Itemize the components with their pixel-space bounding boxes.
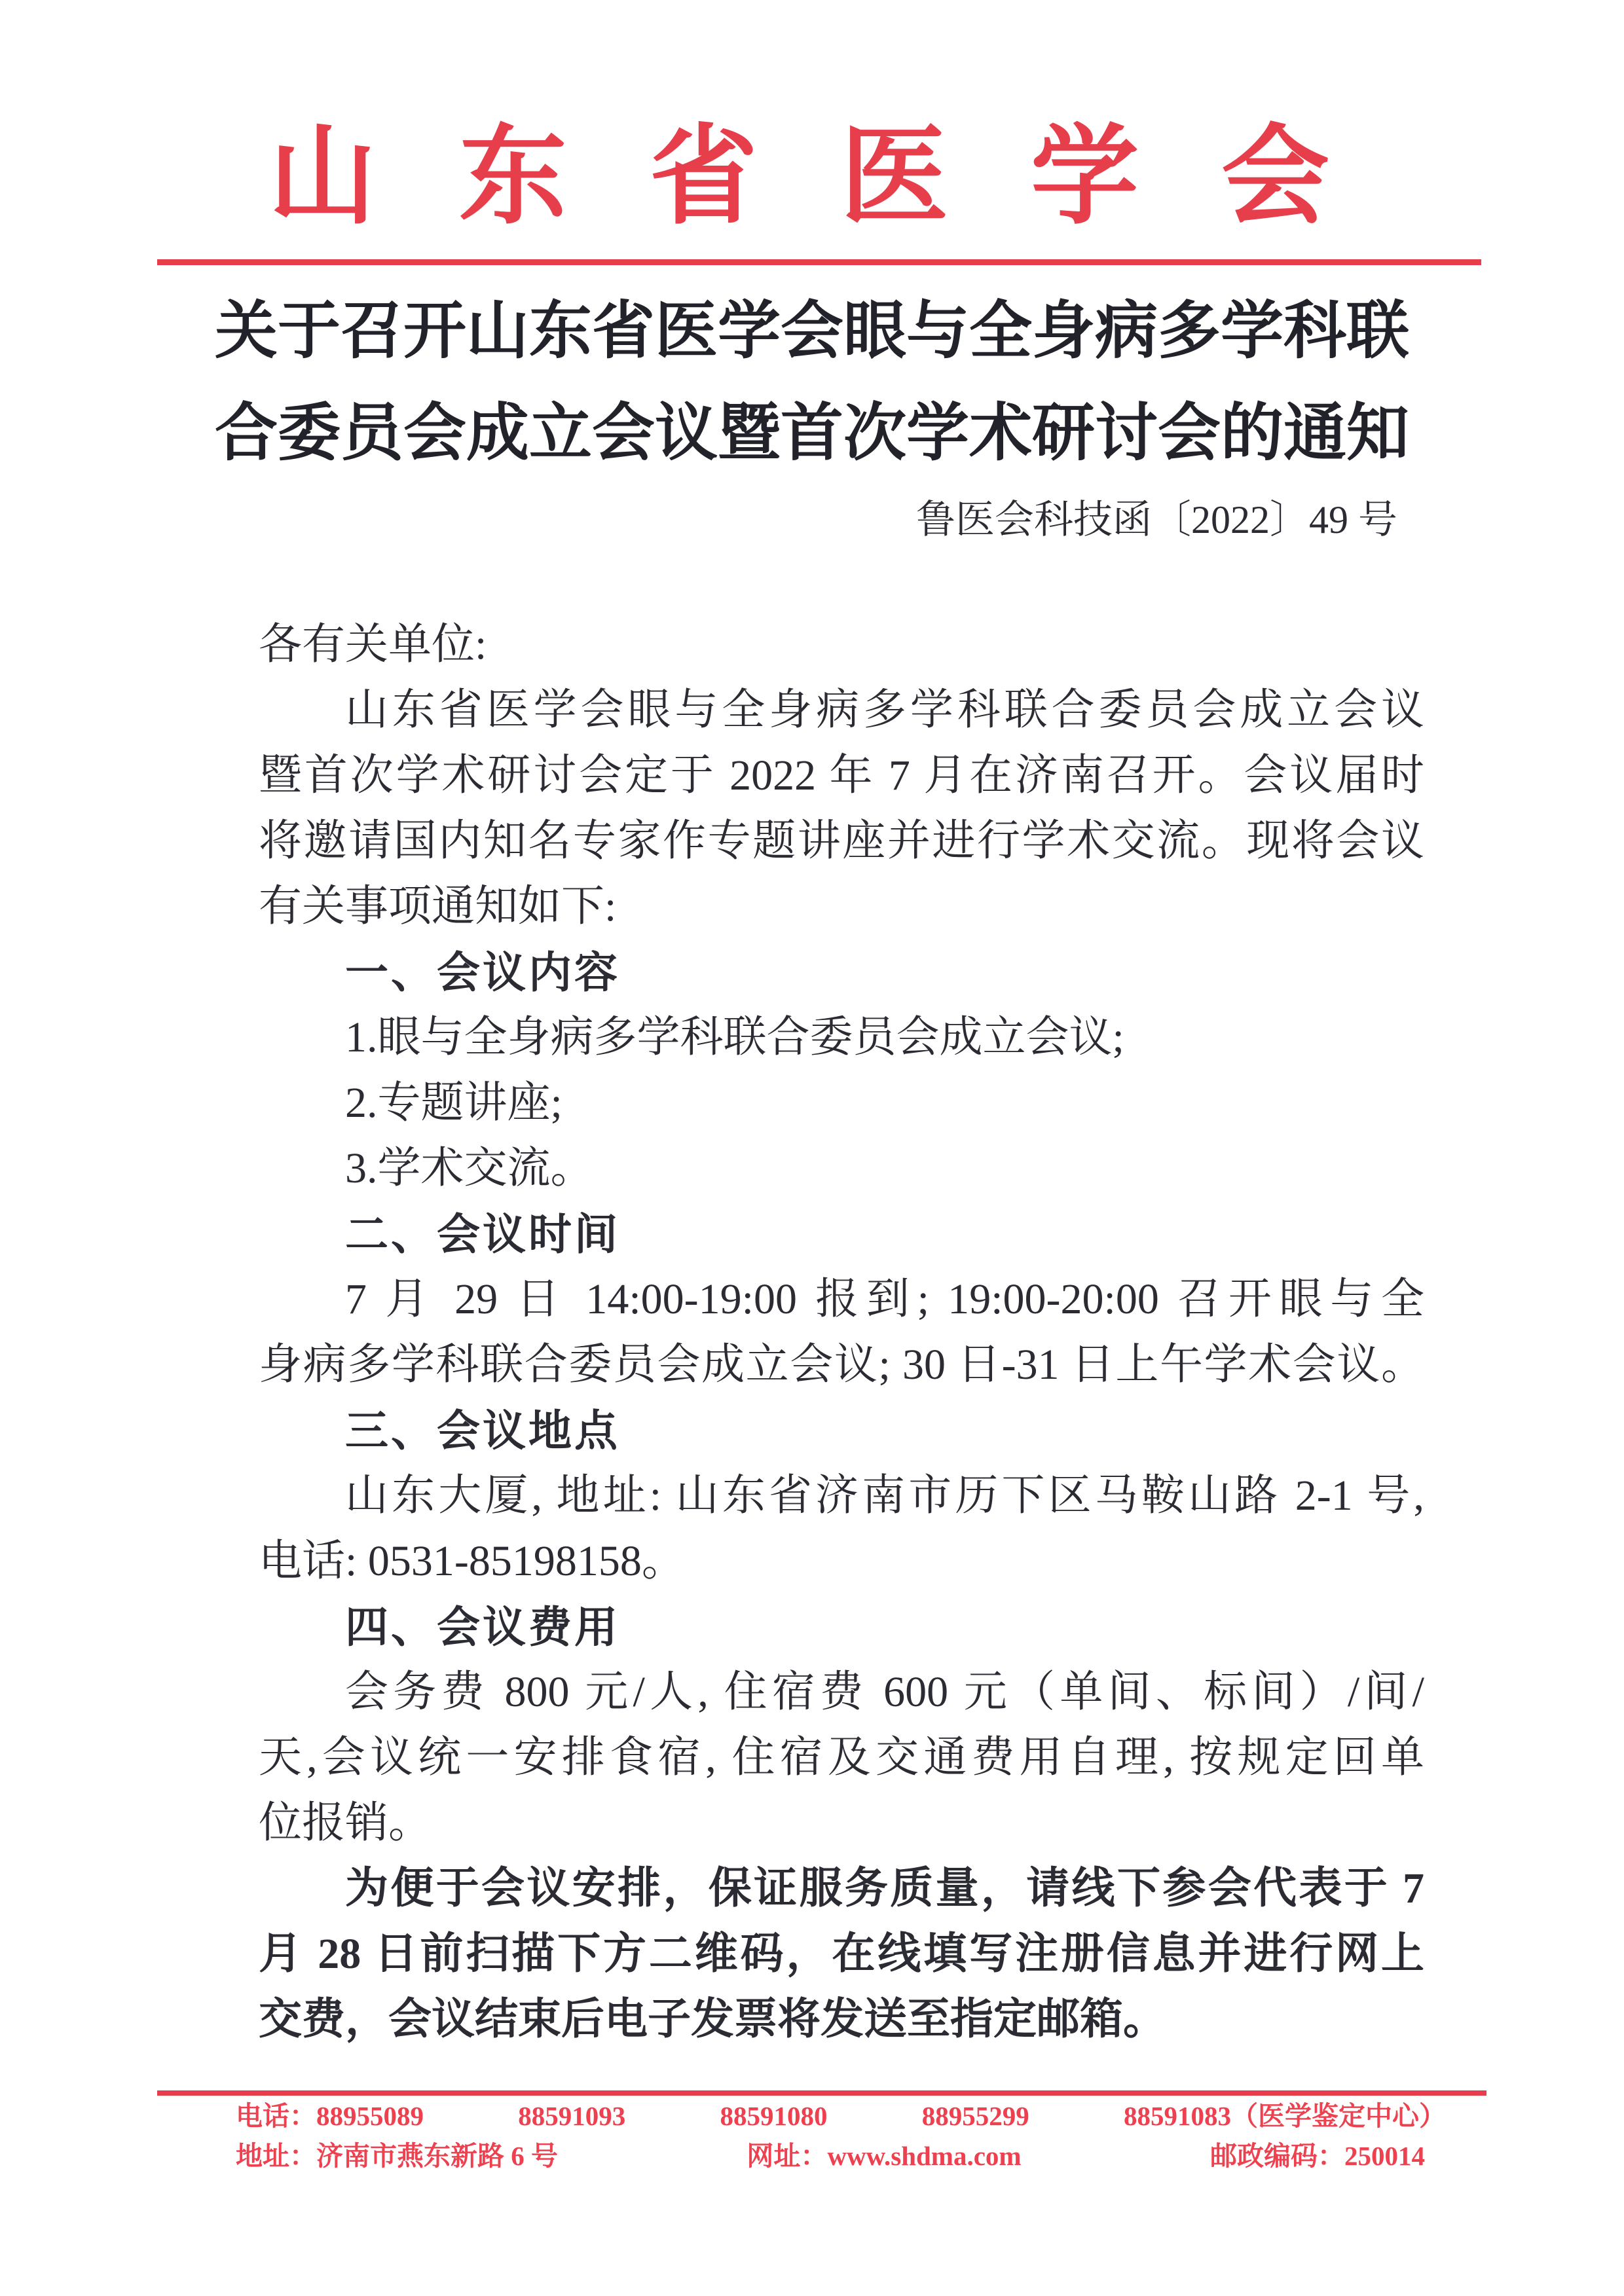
footer-phone-number: 88955299 [922,2099,1029,2133]
notice-title-line1: 关于召开山东省医学会眼与全身病多学科联 [0,280,1624,382]
footer-info-row: 地址：济南市燕东新路 6 号 网址：www.shdma.com 邮政编码：250… [236,2139,1425,2173]
letterhead-rule [157,259,1481,265]
body-line: 7 月 29 日 14:00-19:00 报到; 19:00-20:00 召开眼… [259,1267,1424,1332]
body-line-emphasis: 月 28 日前扫描下方二维码，在线填写注册信息并进行网上 [259,1922,1424,1987]
notice-title: 关于召开山东省医学会眼与全身病多学科联 合委员会成立会议暨首次学术研讨会的通知 [0,280,1624,484]
footer-phone-label-and-number: 电话：88955089 [236,2099,424,2133]
body-line: 有关事项通知如下: [259,874,1424,939]
footer-address: 地址：济南市燕东新路 6 号 [236,2139,558,2173]
notice-title-line2: 合委员会成立会议暨首次学术研讨会的通知 [0,382,1624,484]
body-text: 各有关单位: 山东省医学会眼与全身病多学科联合委员会成立会议 暨首次学术研讨会定… [259,612,1424,2052]
body-line: 身病多学科联合委员会成立会议; 30 日-31 日上午学术会议。 [259,1332,1424,1398]
footer-rule [157,2090,1486,2096]
body-line-emphasis: 交费，会议结束后电子发票将发送至指定邮箱。 [259,1987,1424,2052]
list-item: 1.眼与全身病多学科联合委员会成立会议; [259,1005,1424,1070]
list-item: 3.学术交流。 [259,1136,1424,1201]
footer-postal-code: 邮政编码：250014 [1210,2139,1425,2173]
body-line: 会务费 800 元/人, 住宿费 600 元（单间、标间）/间/ [259,1660,1424,1725]
body-line: 电话: 0531-85198158。 [259,1529,1424,1594]
body-line-salutation: 各有关单位: [259,612,1424,678]
body-line: 暨首次学术研讨会定于 2022 年 7 月在济南召开。会议届时 [259,743,1424,809]
section-heading-4: 四、会议费用 [259,1594,1424,1660]
footer-phone-number: 88591080 [720,2099,828,2133]
letterhead-org-name: 山东省医学会 [268,121,1412,234]
footer-phone-row: 电话：88955089 88591093 88591080 88955299 8… [236,2099,1446,2133]
footer-website: 网址：www.shdma.com [747,2139,1021,2173]
section-heading-2: 二、会议时间 [259,1201,1424,1267]
footer-phone-number-medical-center: 88591083（医学鉴定中心） [1124,2099,1446,2133]
document-number: 鲁医会科技函〔2022〕49 号 [916,496,1397,543]
section-heading-3: 三、会议地点 [259,1398,1424,1463]
body-line: 山东省医学会眼与全身病多学科联合委员会成立会议 [259,678,1424,743]
body-line-emphasis: 为便于会议安排，保证服务质量，请线下参会代表于 7 [259,1856,1424,1922]
body-line: 将邀请国内知名专家作专题讲座并进行学术交流。现将会议 [259,809,1424,874]
body-line: 位报销。 [259,1791,1424,1856]
body-line: 天,会议统一安排食宿, 住宿及交通费用自理, 按规定回单 [259,1725,1424,1791]
list-item: 2.专题讲座; [259,1070,1424,1136]
footer-phone-number: 88591093 [518,2099,625,2133]
section-heading-1: 一、会议内容 [259,939,1424,1005]
body-line: 山东大厦, 地址: 山东省济南市历下区马鞍山路 2-1 号, [259,1463,1424,1529]
document-page: 山东省医学会 关于召开山东省医学会眼与全身病多学科联 合委员会成立会议暨首次学术… [0,0,1624,2296]
